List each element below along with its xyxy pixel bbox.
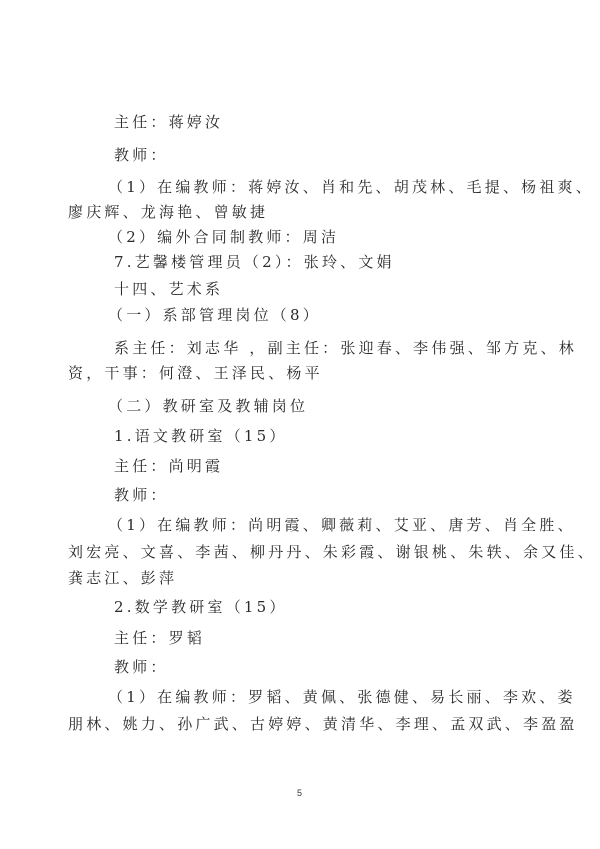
math-teachers-label: 教师： bbox=[114, 658, 169, 676]
building-admin-line: 7.艺馨楼管理员（2）：张玲、文娟 bbox=[114, 253, 395, 271]
dept-leaders-line-cont: 资，干事：何澄、王泽民、杨平 bbox=[68, 364, 323, 382]
teachers-label: 教师： bbox=[114, 146, 169, 164]
director-line: 主任：蒋婷汝 bbox=[114, 113, 223, 131]
math-director-line: 主任：罗韬 bbox=[114, 629, 205, 647]
chinese-staff-line-cont: 刘宏亮、文喜、李茜、柳丹丹、朱彩霞、谢银桃、朱轶、余又佳、 bbox=[68, 543, 596, 561]
subsection-teaching: （二）教研室及教辅岗位 bbox=[108, 397, 308, 415]
staff-teachers-line: （1）在编教师：蒋婷汝、肖和先、胡茂林、毛提、杨祖爽、 bbox=[108, 178, 594, 196]
chinese-office-heading: 1.语文教研室（15） bbox=[114, 427, 288, 445]
section-heading-art-dept: 十四、艺术系 bbox=[114, 280, 223, 298]
page-number: 5 bbox=[297, 788, 302, 798]
chinese-teachers-label: 教师： bbox=[114, 486, 169, 504]
chinese-staff-line-cont2: 龚志江、彭萍 bbox=[68, 569, 177, 587]
chinese-staff-line: （1）在编教师：尚明霞、卿薇莉、艾亚、唐芳、肖全胜、 bbox=[108, 516, 576, 534]
math-staff-line-cont: 朋林、姚力、孙广武、古婷婷、黄清华、李理、孟双武、李盈盈 bbox=[68, 715, 578, 733]
math-office-heading: 2.数学教研室（15） bbox=[114, 598, 288, 616]
chinese-director-line: 主任：尚明霞 bbox=[114, 457, 223, 475]
document-page: 主任：蒋婷汝 教师： （1）在编教师：蒋婷汝、肖和先、胡茂林、毛提、杨祖爽、 廖… bbox=[0, 0, 600, 849]
dept-leaders-line: 系主任：刘志华 ，副主任：张迎春、李伟强、邹方克、林 bbox=[114, 339, 577, 357]
contract-teachers-line: （2）编外合同制教师：周洁 bbox=[108, 228, 339, 246]
math-staff-line: （1）在编教师：罗韬、黄佩、张德健、易长丽、李欢、娄 bbox=[108, 688, 576, 706]
subsection-management: （一）系部管理岗位（8） bbox=[108, 306, 321, 324]
staff-teachers-line-cont: 廖庆辉、龙海艳、曾敏捷 bbox=[68, 203, 268, 221]
